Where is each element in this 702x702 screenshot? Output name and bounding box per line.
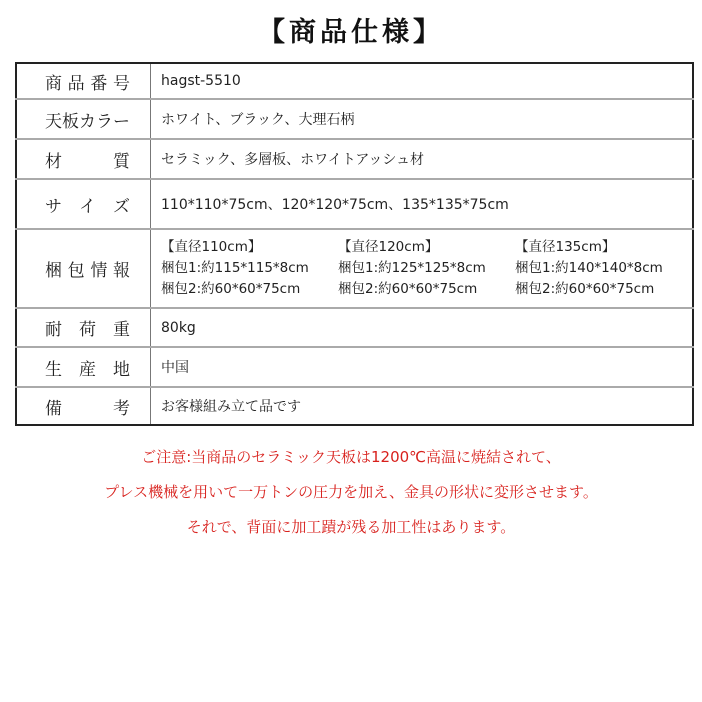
notice-line: それで、背面に加工蹟が残る加工性はあります。	[0, 510, 702, 545]
row-value: 中国	[151, 347, 694, 387]
row-value: セラミック、多層板、ホワイトアッシュ材	[151, 139, 694, 179]
notice-text: ご注意:当商品のセラミック天板は1200℃高温に焼結されて、 プレス機械を用いて…	[0, 440, 702, 545]
row-label: 商品番号	[16, 63, 151, 99]
row-label: 天板カラー	[16, 99, 151, 139]
row-value: 80kg	[151, 308, 694, 347]
package-120: 【直径120cm】 梱包1:約125*125*8cm 梱包2:約60*60*75…	[338, 237, 515, 300]
table-row-load-capacity: 耐荷重 80kg	[16, 308, 693, 347]
table-row-product-number: 商品番号 hagst-5510	[16, 63, 693, 99]
page-title: 【商品仕様】	[0, 10, 702, 49]
table-row-origin: 生産地 中国	[16, 347, 693, 387]
row-value: hagst-5510	[151, 63, 694, 99]
row-value: ホワイト、ブラック、大理石柄	[151, 99, 694, 139]
notice-line: プレス機械を用いて一万トンの圧力を加え、金具の形状に変形させます。	[0, 475, 702, 510]
row-value: 110*110*75cm、120*120*75cm、135*135*75cm	[151, 179, 694, 229]
table-row-packaging: 梱包情報 【直径110cm】 梱包1:約115*115*8cm 梱包2:約60*…	[16, 229, 693, 308]
table-row-top-color: 天板カラー ホワイト、ブラック、大理石柄	[16, 99, 693, 139]
row-value: 【直径110cm】 梱包1:約115*115*8cm 梱包2:約60*60*75…	[151, 229, 694, 308]
package-110: 【直径110cm】 梱包1:約115*115*8cm 梱包2:約60*60*75…	[161, 237, 338, 300]
table-row-material: 材質 セラミック、多層板、ホワイトアッシュ材	[16, 139, 693, 179]
package-135: 【直径135cm】 梱包1:約140*140*8cm 梱包2:約60*60*75…	[515, 237, 692, 300]
row-label: 備考	[16, 387, 151, 425]
table-row-size: サイズ 110*110*75cm、120*120*75cm、135*135*75…	[16, 179, 693, 229]
spec-table: 商品番号 hagst-5510 天板カラー ホワイト、ブラック、大理石柄 材質 …	[15, 62, 694, 426]
row-label: 耐荷重	[16, 308, 151, 347]
notice-line: ご注意:当商品のセラミック天板は1200℃高温に焼結されて、	[0, 440, 702, 475]
row-label: 材質	[16, 139, 151, 179]
row-label: 梱包情報	[16, 229, 151, 308]
package-columns: 【直径110cm】 梱包1:約115*115*8cm 梱包2:約60*60*75…	[161, 237, 692, 300]
row-label: サイズ	[16, 179, 151, 229]
row-value: お客様組み立て品です	[151, 387, 694, 425]
row-label: 生産地	[16, 347, 151, 387]
table-row-remarks: 備考 お客様組み立て品です	[16, 387, 693, 425]
